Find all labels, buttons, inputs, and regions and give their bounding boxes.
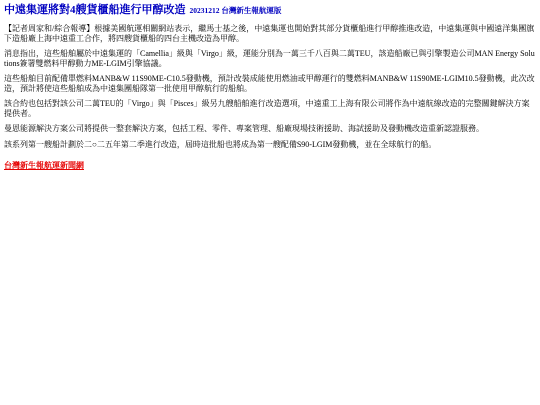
article-paragraph-6: 該系列第一艘船計劃於二○二五年第二季進行改造，屆時這批船也將成為第一艘配備S90… — [4, 140, 536, 150]
page-title: 中遠集運將對4艘貨櫃船進行甲醇改造 — [4, 4, 186, 16]
article-paragraph-3: 這些船舶目前配備單燃料MANB&W 11S90ME-C10.5發動機，預計改裝成… — [4, 74, 536, 93]
article-body: 【記者周家和/綜合報導】根據美國航運相關網站表示，繼馬士基之後，中遠集運也開始對… — [4, 24, 536, 149]
article-paragraph-1: 【記者周家和/綜合報導】根據美國航運相關網站表示，繼馬士基之後，中遠集運也開始對… — [4, 24, 536, 43]
article-page: 中遠集運將對4艘貨櫃船進行甲醇改造20231212 台灣新生報航運版 【記者周家… — [0, 0, 540, 173]
article-date-edition: 20231212 台灣新生報航運版 — [190, 6, 282, 15]
article-paragraph-4: 該合約也包括對該公司二萬TEU的「Virgo」與「Pisces」級另九艘船舶進行… — [4, 99, 536, 118]
article-headline: 中遠集運將對4艘貨櫃船進行甲醇改造20231212 台灣新生報航運版 — [4, 3, 536, 17]
shipping-news-site-link[interactable]: 台灣新生報航運新聞網 — [4, 160, 84, 171]
article-paragraph-5: 曼恩能源解決方案公司將提供一整套解決方案，包括工程、零件、專案管理、船廠現場技術… — [4, 124, 536, 134]
article-paragraph-2: 消息指出，這些船舶屬於中遠集運的「Camellia」級與「Virgo」級，運能分… — [4, 49, 536, 68]
